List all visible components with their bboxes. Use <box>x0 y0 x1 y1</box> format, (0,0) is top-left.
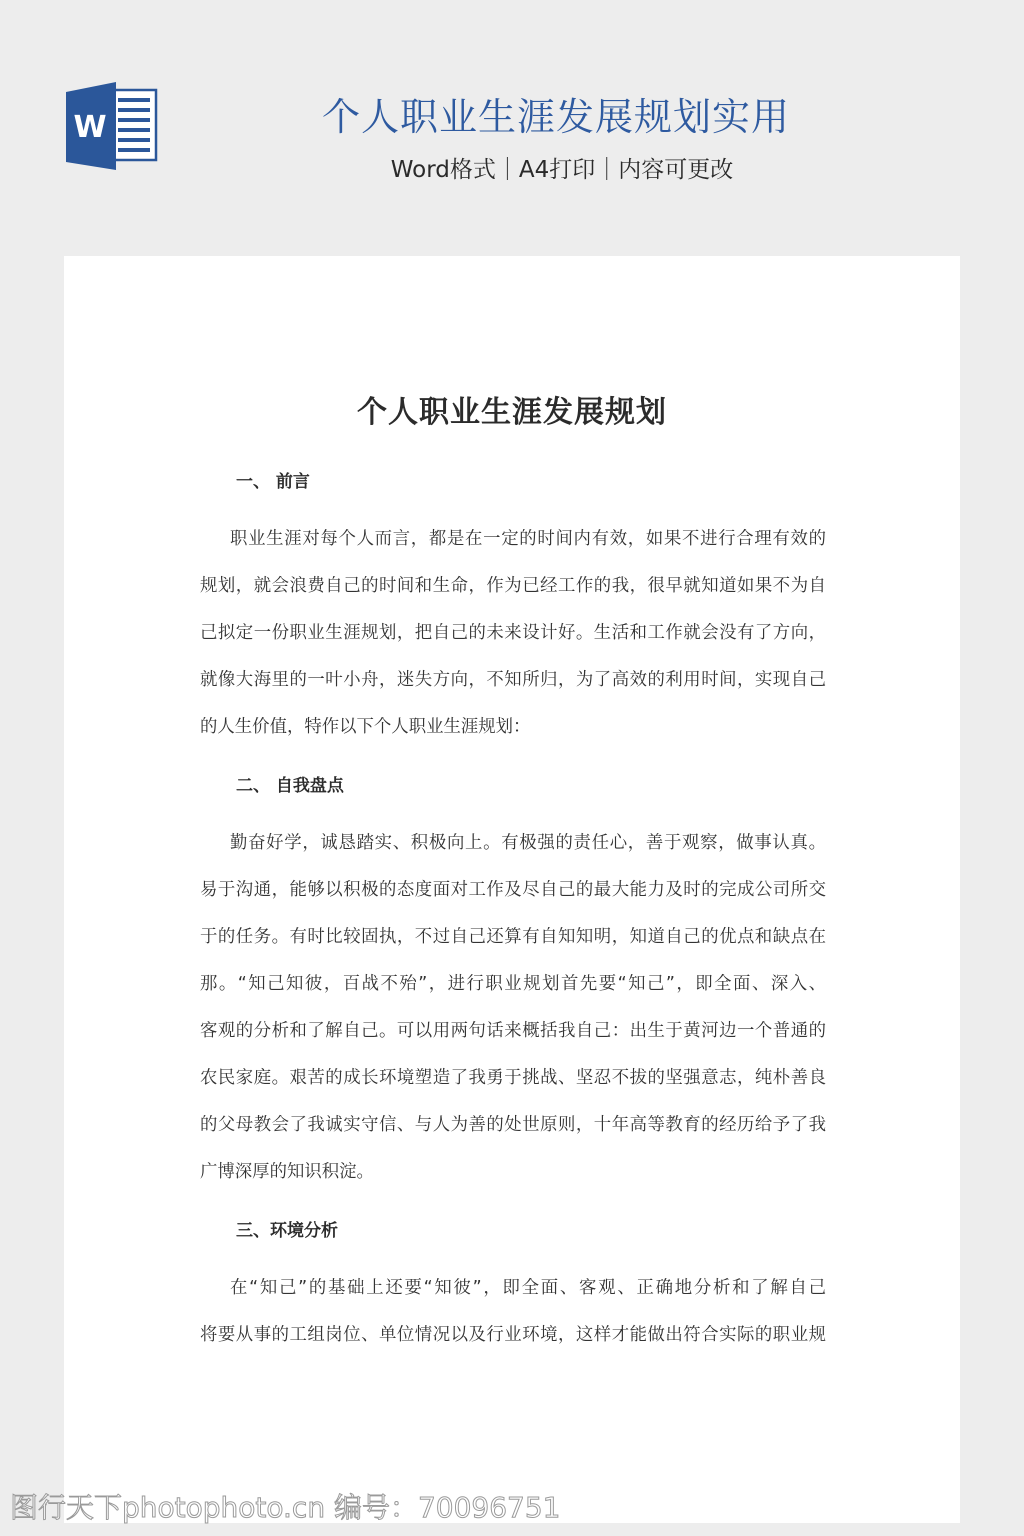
svg-text:W: W <box>73 110 106 145</box>
section-heading-self-assessment: 二、 自我盘点 <box>236 772 344 800</box>
document-title: 个人职业生涯发展规划 <box>64 388 960 438</box>
text-line: 于的任务。有时比较固执，不过自己还算有自知知明，知道自己的优点和缺点在 <box>200 914 826 961</box>
banner-header: W 个人职业生涯发展规划实用 Word格式｜A4打印｜内容可更改 <box>0 0 1024 256</box>
section-heading-environment-analysis: 三、环境分析 <box>236 1217 338 1245</box>
text-line: 的人生价值，特作以下个人职业生涯规划： <box>200 704 826 751</box>
paragraph-self-assessment: 勤奋好学，诚恳踏实、积极向上。有极强的责任心，善于观察，做事认真。 易于沟通，能… <box>200 820 826 1196</box>
banner-title: 个人职业生涯发展规划实用 <box>300 92 812 142</box>
text-line: 规划，就会浪费自己的时间和生命，作为已经工作的我，很早就知道如果不为自 <box>200 563 826 610</box>
word-document-icon: W <box>64 80 158 172</box>
document-page: 个人职业生涯发展规划 一、 前言 职业生涯对每个人而言，都是在一定的时间内有效，… <box>64 256 960 1523</box>
text-line: 客观的分析和了解自己。可以用两句话来概括我自己：出生于黄河边一个普通的 <box>200 1008 826 1055</box>
text-line: 职业生涯对每个人而言，都是在一定的时间内有效，如果不进行合理有效的 <box>200 516 826 563</box>
text-line: 将要从事的工组岗位、单位情况以及行业环境，这样才能做出符合实际的职业规 <box>200 1312 826 1359</box>
text-line: 己拟定一份职业生涯规划，把自己的未来设计好。生活和工作就会没有了方向， <box>200 610 826 657</box>
text-line: 就像大海里的一叶小舟，迷失方向，不知所归，为了高效的利用时间，实现自己 <box>200 657 826 704</box>
paragraph-preface: 职业生涯对每个人而言，都是在一定的时间内有效，如果不进行合理有效的 规划，就会浪… <box>200 516 826 751</box>
text-line: 在“知己”的基础上还要“知彼”，即全面、客观、正确地分析和了解自己 <box>200 1265 826 1312</box>
section-heading-preface: 一、 前言 <box>236 468 310 496</box>
paragraph-environment-analysis: 在“知己”的基础上还要“知彼”，即全面、客观、正确地分析和了解自己 将要从事的工… <box>200 1265 826 1359</box>
text-line: 的父母教会了我诚实守信、与人为善的处世原则，十年高等教育的经历给予了我 <box>200 1102 826 1149</box>
text-line: 广博深厚的知识积淀。 <box>200 1149 826 1196</box>
text-line: 易于沟通，能够以积极的态度面对工作及尽自己的最大能力及时的完成公司所交 <box>200 867 826 914</box>
text-line: 勤奋好学，诚恳踏实、积极向上。有极强的责任心，善于观察，做事认真。 <box>200 820 826 867</box>
text-line: 农民家庭。艰苦的成长环境塑造了我勇于挑战、坚忍不拔的坚强意志，纯朴善良 <box>200 1055 826 1102</box>
text-line: 那。“知己知彼，百战不殆”，进行职业规划首先要“知己”，即全面、深入、 <box>200 961 826 1008</box>
banner-subtitle: Word格式｜A4打印｜内容可更改 <box>300 152 824 188</box>
watermark-text: 图行天下photophoto.cn 编号：70096751 <box>10 1488 561 1528</box>
